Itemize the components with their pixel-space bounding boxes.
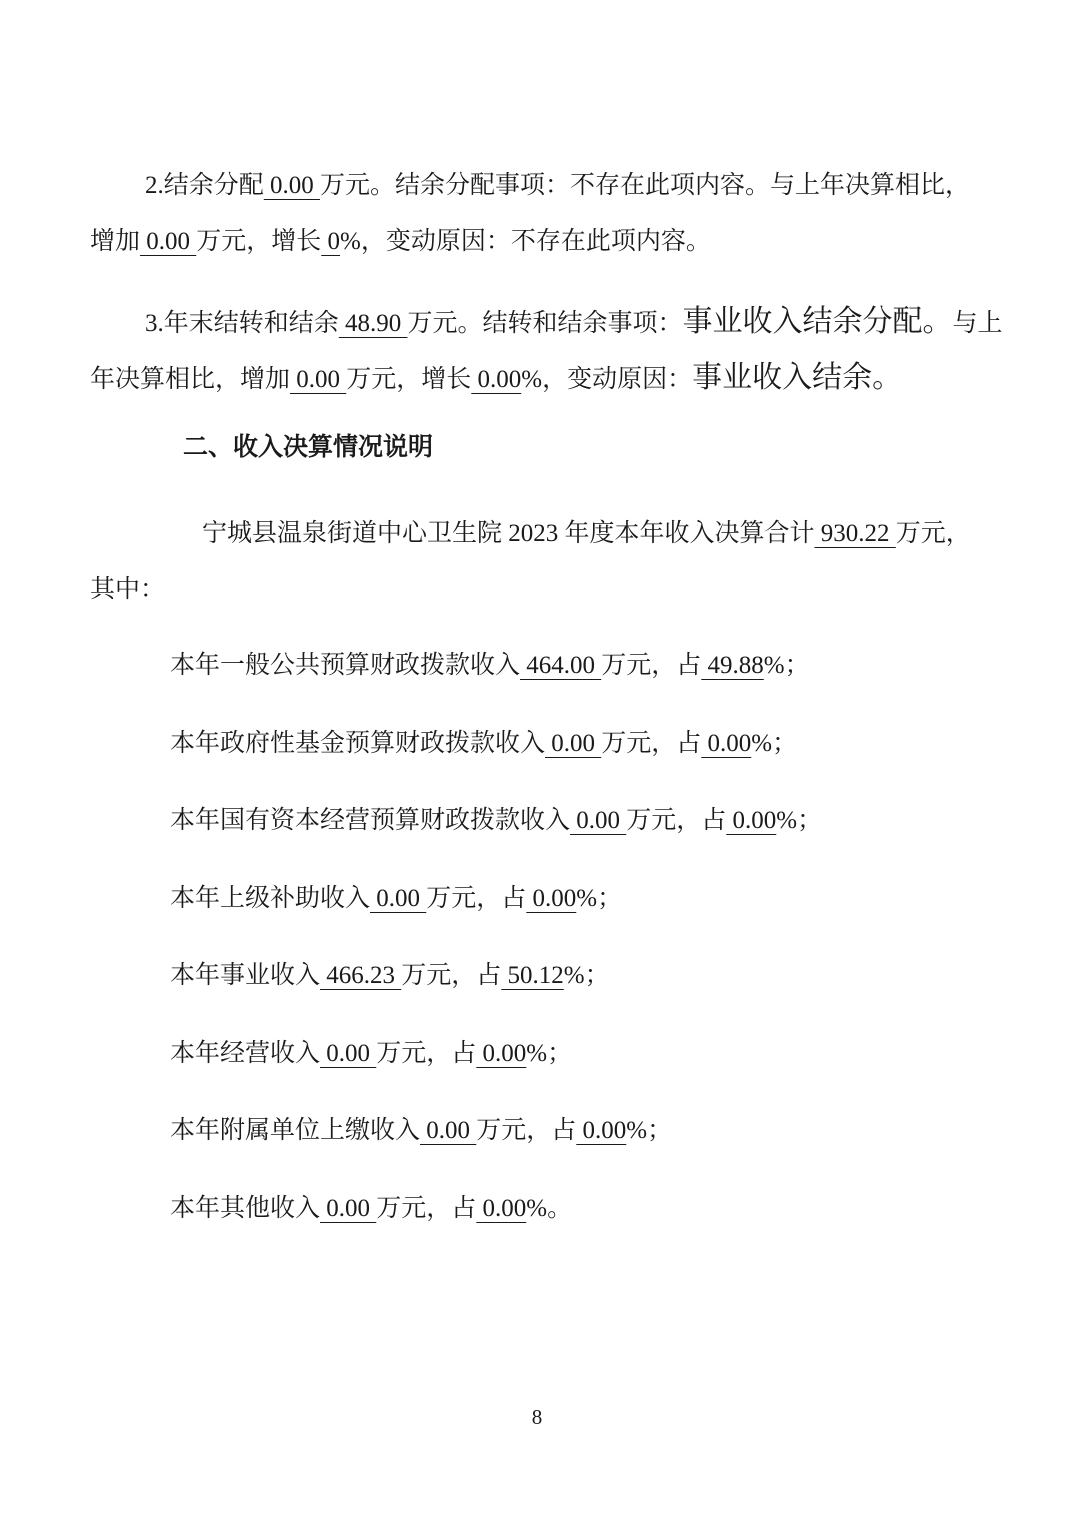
text-run: 万元，增长	[346, 366, 471, 393]
underlined-value: 0.00	[471, 366, 521, 393]
income-item: 本年国有资本经营预算财政拨款收入 0.00 万元，占 0.00%；	[90, 793, 1074, 849]
income-item: 本年一般公共预算财政拨款收入 464.00 万元，占 49.88%；	[90, 638, 1074, 694]
income-item: 本年其他收入 0.00 万元，占 0.00%。	[90, 1181, 1074, 1237]
emphasis-run: 事业收入结余分配。	[683, 305, 953, 338]
item-percent-underlined: 0.00	[476, 1040, 526, 1067]
text-run: 万元。结转和结余事项：	[408, 310, 683, 337]
item-label: 本年一般公共预算财政拨款收入	[170, 652, 520, 679]
item-amount-underlined: 0.00	[370, 885, 426, 912]
item-tail-text: %。	[526, 1195, 572, 1222]
text-run: 2.结余分配	[145, 172, 264, 199]
item-label: 本年事业收入	[170, 962, 320, 989]
item-label: 本年经营收入	[170, 1040, 320, 1067]
underlined-value: 0.00	[264, 172, 320, 199]
item-mid-text: 万元，占	[426, 885, 526, 912]
para-yearend-balance-line-2: 年决算相比，增加 0.00 万元，增长 0.00%，变动原因：事业收入结余。	[90, 350, 1010, 408]
para-surplus-distribution-line-2: 增加 0.00 万元，增长 0%，变动原因：不存在此项内容。	[90, 214, 1010, 270]
text-run: %，变动原因：	[521, 366, 692, 393]
underlined-value: 930.22	[815, 520, 896, 547]
item-percent-underlined: 49.88	[701, 652, 764, 679]
item-mid-text: 万元，占	[376, 1195, 476, 1222]
item-tail-text: %；	[776, 807, 822, 834]
page-number: 8	[0, 1402, 1074, 1432]
item-percent-underlined: 50.12	[501, 962, 564, 989]
para-income-total-line-2: 其中：	[90, 562, 1010, 618]
item-amount-underlined: 466.23	[320, 962, 401, 989]
item-amount-underlined: 0.00	[320, 1195, 376, 1222]
underlined-value: 48.90	[339, 310, 408, 337]
item-mid-text: 万元，占	[401, 962, 501, 989]
item-label: 本年附属单位上缴收入	[170, 1117, 420, 1144]
item-tail-text: %；	[626, 1117, 672, 1144]
item-tail-text: %；	[751, 730, 797, 757]
emphasis-run: 事业收入结余。	[692, 361, 902, 394]
section-heading: 二、收入决算情况说明	[90, 420, 1074, 476]
para-income-total-line-1: 宁城县温泉街道中心卫生院 2023 年度本年收入决算合计 930.22 万元，	[90, 506, 1074, 562]
item-percent-underlined: 0.00	[576, 1117, 626, 1144]
item-amount-underlined: 0.00	[545, 730, 601, 757]
item-tail-text: %；	[526, 1040, 572, 1067]
item-amount-underlined: 0.00	[570, 807, 626, 834]
text-run: 万元，增长	[196, 228, 321, 255]
item-tail-text: %；	[576, 885, 622, 912]
text-run: %，变动原因：不存在此项内容。	[340, 228, 711, 255]
item-label: 本年上级补助收入	[170, 885, 370, 912]
item-mid-text: 万元，占	[376, 1040, 476, 1067]
item-amount-underlined: 464.00	[520, 652, 601, 679]
text-run: 万元。结余分配事项：不存在此项内容。与上年决算相比，	[320, 172, 970, 199]
income-item: 本年事业收入 466.23 万元，占 50.12%；	[90, 948, 1074, 1004]
underlined-value: 0.00	[290, 366, 346, 393]
item-percent-underlined: 0.00	[701, 730, 751, 757]
item-percent-underlined: 0.00	[726, 807, 776, 834]
text-run: 与上	[953, 310, 1003, 337]
income-item: 本年上级补助收入 0.00 万元，占 0.00%；	[90, 871, 1074, 927]
item-amount-underlined: 0.00	[420, 1117, 476, 1144]
para-surplus-distribution-line-1: 2.结余分配 0.00 万元。结余分配事项：不存在此项内容。与上年决算相比，	[90, 158, 1065, 214]
text-run: 万元，	[896, 520, 971, 547]
text-run: 年决算相比，增加	[90, 366, 290, 393]
item-label: 本年国有资本经营预算财政拨款收入	[170, 807, 570, 834]
underlined-value: 0	[321, 228, 340, 255]
underlined-value: 0.00	[140, 228, 196, 255]
item-label: 本年政府性基金预算财政拨款收入	[170, 730, 545, 757]
text-run: 增加	[90, 228, 140, 255]
item-mid-text: 万元，占	[626, 807, 726, 834]
income-item: 本年经营收入 0.00 万元，占 0.00%；	[90, 1026, 1074, 1082]
item-mid-text: 万元，占	[601, 730, 701, 757]
item-label: 本年其他收入	[170, 1195, 320, 1222]
item-percent-underlined: 0.00	[476, 1195, 526, 1222]
item-amount-underlined: 0.00	[320, 1040, 376, 1067]
income-item: 本年附属单位上缴收入 0.00 万元，占 0.00%；	[90, 1103, 1074, 1159]
document-page: 2.结余分配 0.00 万元。结余分配事项：不存在此项内容。与上年决算相比， 增…	[0, 0, 1074, 1520]
item-percent-underlined: 0.00	[526, 885, 576, 912]
item-mid-text: 万元，占	[476, 1117, 576, 1144]
para-yearend-balance-line-1: 3.年末结转和结余 48.90 万元。结转和结余事项：事业收入结余分配。与上	[90, 294, 1065, 352]
text-run: 宁城县温泉街道中心卫生院 2023 年度本年收入决算合计	[202, 520, 815, 547]
item-tail-text: %；	[564, 962, 610, 989]
item-tail-text: %；	[764, 652, 810, 679]
text-run: 3.年末结转和结余	[145, 310, 339, 337]
income-item: 本年政府性基金预算财政拨款收入 0.00 万元，占 0.00%；	[90, 716, 1074, 772]
item-mid-text: 万元，占	[601, 652, 701, 679]
